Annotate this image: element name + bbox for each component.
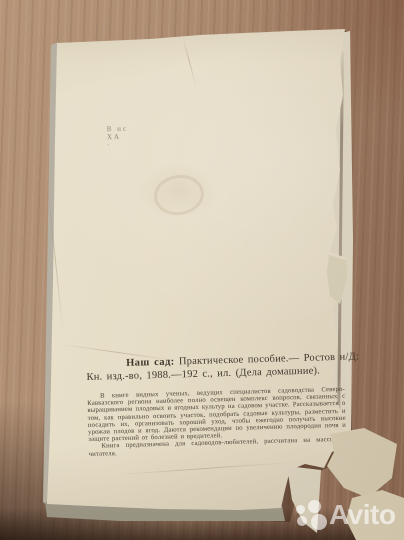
book-title: Наш сад: (126, 357, 175, 369)
photo-frame: В нс ХА · Наш сад: Практическое пособие.… (0, 0, 404, 540)
avito-wordmark: Avito (329, 499, 395, 531)
faint-stamp-text: В нс ХА · (107, 125, 129, 150)
avito-logo-dot-icon (311, 514, 327, 530)
annotation-text: В книге видных ученых, ведущих специалис… (87, 386, 347, 458)
avito-logo-dot-icon (297, 516, 307, 526)
printed-text-block: Наш сад: Практическое пособие.— Ростов н… (86, 351, 351, 458)
avito-logo-dot-icon (308, 500, 321, 513)
stamp-line: · (107, 141, 128, 150)
avito-logo-dot-icon (296, 505, 305, 514)
annotation-paragraph: В книге видных ученых, ведущих специалис… (87, 386, 346, 444)
avito-watermark: Avito (292, 498, 404, 540)
